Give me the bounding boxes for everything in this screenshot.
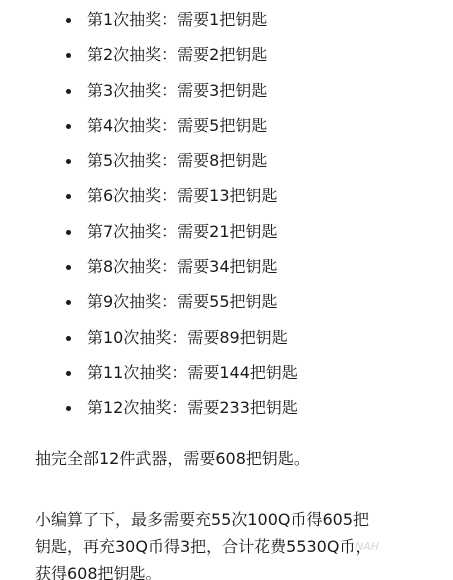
editor-note-paragraph: 小编算了下，最多需要充55次100Q币得605把 钥匙，再充30Q币得3把，合计…	[35, 506, 400, 580]
list-item-text: 第7次抽奖：需要21把钥匙	[87, 221, 278, 243]
bullet-icon	[66, 265, 71, 270]
list-item-text: 第4次抽奖：需要5把钥匙	[87, 115, 267, 137]
bullet-icon	[66, 53, 71, 58]
bullet-icon	[66, 300, 71, 305]
list-item-text: 第8次抽奖：需要34把钥匙	[87, 256, 278, 278]
list-item-text: 第9次抽奖：需要55把钥匙	[87, 291, 278, 313]
list-item-text: 第5次抽奖：需要8把钥匙	[87, 150, 267, 172]
bullet-icon	[66, 194, 71, 199]
bullet-icon	[66, 18, 71, 23]
list-item-text: 第6次抽奖：需要13把钥匙	[87, 185, 278, 207]
list-item-text: 第10次抽奖：需要89把钥匙	[87, 327, 288, 349]
note-line: 获得608把钥匙。	[35, 560, 400, 580]
bullet-icon	[66, 406, 71, 411]
list-item-text: 第3次抽奖：需要3把钥匙	[87, 80, 267, 102]
summary-paragraph: 抽完全部12件武器，需要608把钥匙。	[35, 448, 310, 470]
note-line: 小编算了下，最多需要充55次100Q币得605把	[35, 506, 400, 533]
watermark: NAH	[355, 540, 379, 553]
bullet-icon	[66, 124, 71, 129]
list-item-text: 第1次抽奖：需要1把钥匙	[87, 9, 267, 31]
bullet-icon	[66, 159, 71, 164]
list-item-text: 第12次抽奖：需要233把钥匙	[87, 397, 298, 419]
list-item-text: 第2次抽奖：需要2把钥匙	[87, 44, 267, 66]
bullet-icon	[66, 230, 71, 235]
bullet-icon	[66, 89, 71, 94]
list-item-text: 第11次抽奖：需要144把钥匙	[87, 362, 298, 384]
bullet-icon	[66, 371, 71, 376]
note-line: 钥匙，再充30Q币得3把，合计花费5530Q币，	[35, 533, 400, 560]
bullet-icon	[66, 336, 71, 341]
